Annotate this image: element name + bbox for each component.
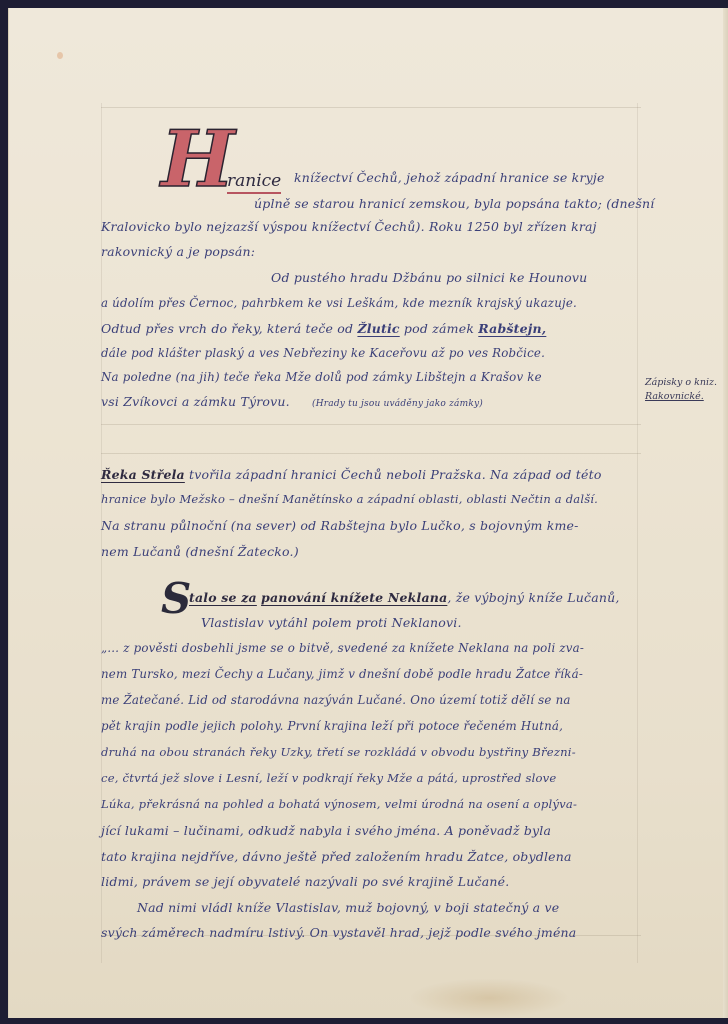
text-line: ce, čtvrtá jež slove i Lesní, leží v pod… (101, 771, 557, 785)
text-line: Nad nimi vládl kníže Vlastislav, muž boj… (137, 900, 559, 915)
place-rabstejn: Rabštejn, (478, 321, 546, 336)
text-line: Řeka Střela tvořila západní hranici Čech… (101, 467, 602, 482)
paper-stain-bottom (409, 978, 569, 1018)
margin-note-line: Zápisky o kniz. (645, 376, 717, 390)
text-line: talo se za panování knížete Neklana, že … (189, 590, 620, 605)
text-line: vsi Zvíkovci a zámku Týrovu. (Hrady tu j… (101, 394, 483, 409)
text-line: nem Tursko, mezi Čechy a Lučany, jimž v … (101, 667, 583, 681)
text-line: svých záměrech nadmíru lstivý. On vystav… (101, 925, 576, 940)
text-line: nem Lučanů (dnešní Žatecko.) (101, 544, 299, 559)
margin-note: Zápisky o kniz. Rakovnické. (645, 376, 717, 404)
decorative-initial-s: S (161, 578, 191, 620)
manuscript-page: H ranice knížectví Čechů, jehož západní … (8, 8, 728, 1018)
ruled-line (101, 453, 641, 454)
text-segment: tvořila západní hranici Čechů neboli Pra… (189, 467, 602, 482)
text-line: tato krajina nejdříve, dávno ještě před … (101, 849, 572, 864)
text-line: lidmi, právem se její obyvatelé nazývali… (101, 874, 509, 889)
text-line: knížectví Čechů, jehož západní hranice s… (294, 170, 605, 185)
text-line: Vlastislav vytáhl polem proti Neklanovi. (201, 615, 462, 630)
text-segment: Odtud přes vrch do řeky, která teče od (101, 321, 353, 336)
place-zlutice: Žlutic (357, 321, 399, 336)
ruled-line (101, 424, 641, 425)
paper-stain (57, 52, 63, 59)
text-line: Na poledne (na jih) teče řeka Mže dolů p… (101, 370, 542, 384)
text-line: „… z pověsti dosbehli jsme se o bitvě, s… (101, 641, 584, 655)
heading-stalo-se: talo se za (189, 590, 257, 605)
text-segment: , že výbojný kníže Lučanů, (447, 590, 619, 605)
text-line: rakovnický a je popsán: (101, 244, 255, 259)
text-line: jící lukami – lučinami, odkudž nabyla i … (101, 823, 551, 838)
text-line: dále pod klášter plaský a ves Nebřeziny … (101, 346, 545, 360)
text-line: a údolím přes Černoc, pahrbkem ke vsi Le… (101, 296, 577, 310)
text-line: hranice bylo Mežsko – dnešní Manětínsko … (101, 492, 598, 506)
margin-note-line: Rakovnické. (645, 390, 717, 404)
page-edge (723, 8, 728, 1018)
text-line: Lúka, překrásná na pohled a bohatá výnos… (101, 797, 577, 811)
text-segment: pod zámek (404, 321, 474, 336)
text-line: me Žatečané. Lid od starodávna nazýván L… (101, 693, 571, 707)
text-line: pět krajin podle jejich polohy. První kr… (101, 719, 563, 733)
text-line: úplně se starou hranicí zemskou, byla po… (254, 196, 654, 211)
text-line: Kralovicko bylo nejzazší výspou knížectv… (101, 219, 597, 234)
text-line: druhá na obou stranách řeky Uzky, třetí … (101, 745, 576, 759)
text-line: Na stranu půlnoční (na sever) od Rabštej… (101, 518, 579, 533)
margin-line-right (637, 103, 638, 963)
ruled-line (101, 107, 641, 108)
text-line: Od pustého hradu Džbánu po silnici ke Ho… (271, 270, 587, 285)
heading-hranice: ranice (227, 171, 281, 194)
text-line: Odtud přes vrch do řeky, která teče od Ž… (101, 321, 546, 336)
heading-reka-strela: Řeka Střela (101, 467, 185, 482)
decorative-initial-h: H (161, 121, 235, 199)
heading-neklan: panování knížete Neklana (261, 590, 447, 605)
text-segment: vsi Zvíkovci a zámku Týrovu. (101, 394, 290, 409)
text-aside: (Hrady tu jsou uváděny jako zámky) (312, 399, 483, 409)
